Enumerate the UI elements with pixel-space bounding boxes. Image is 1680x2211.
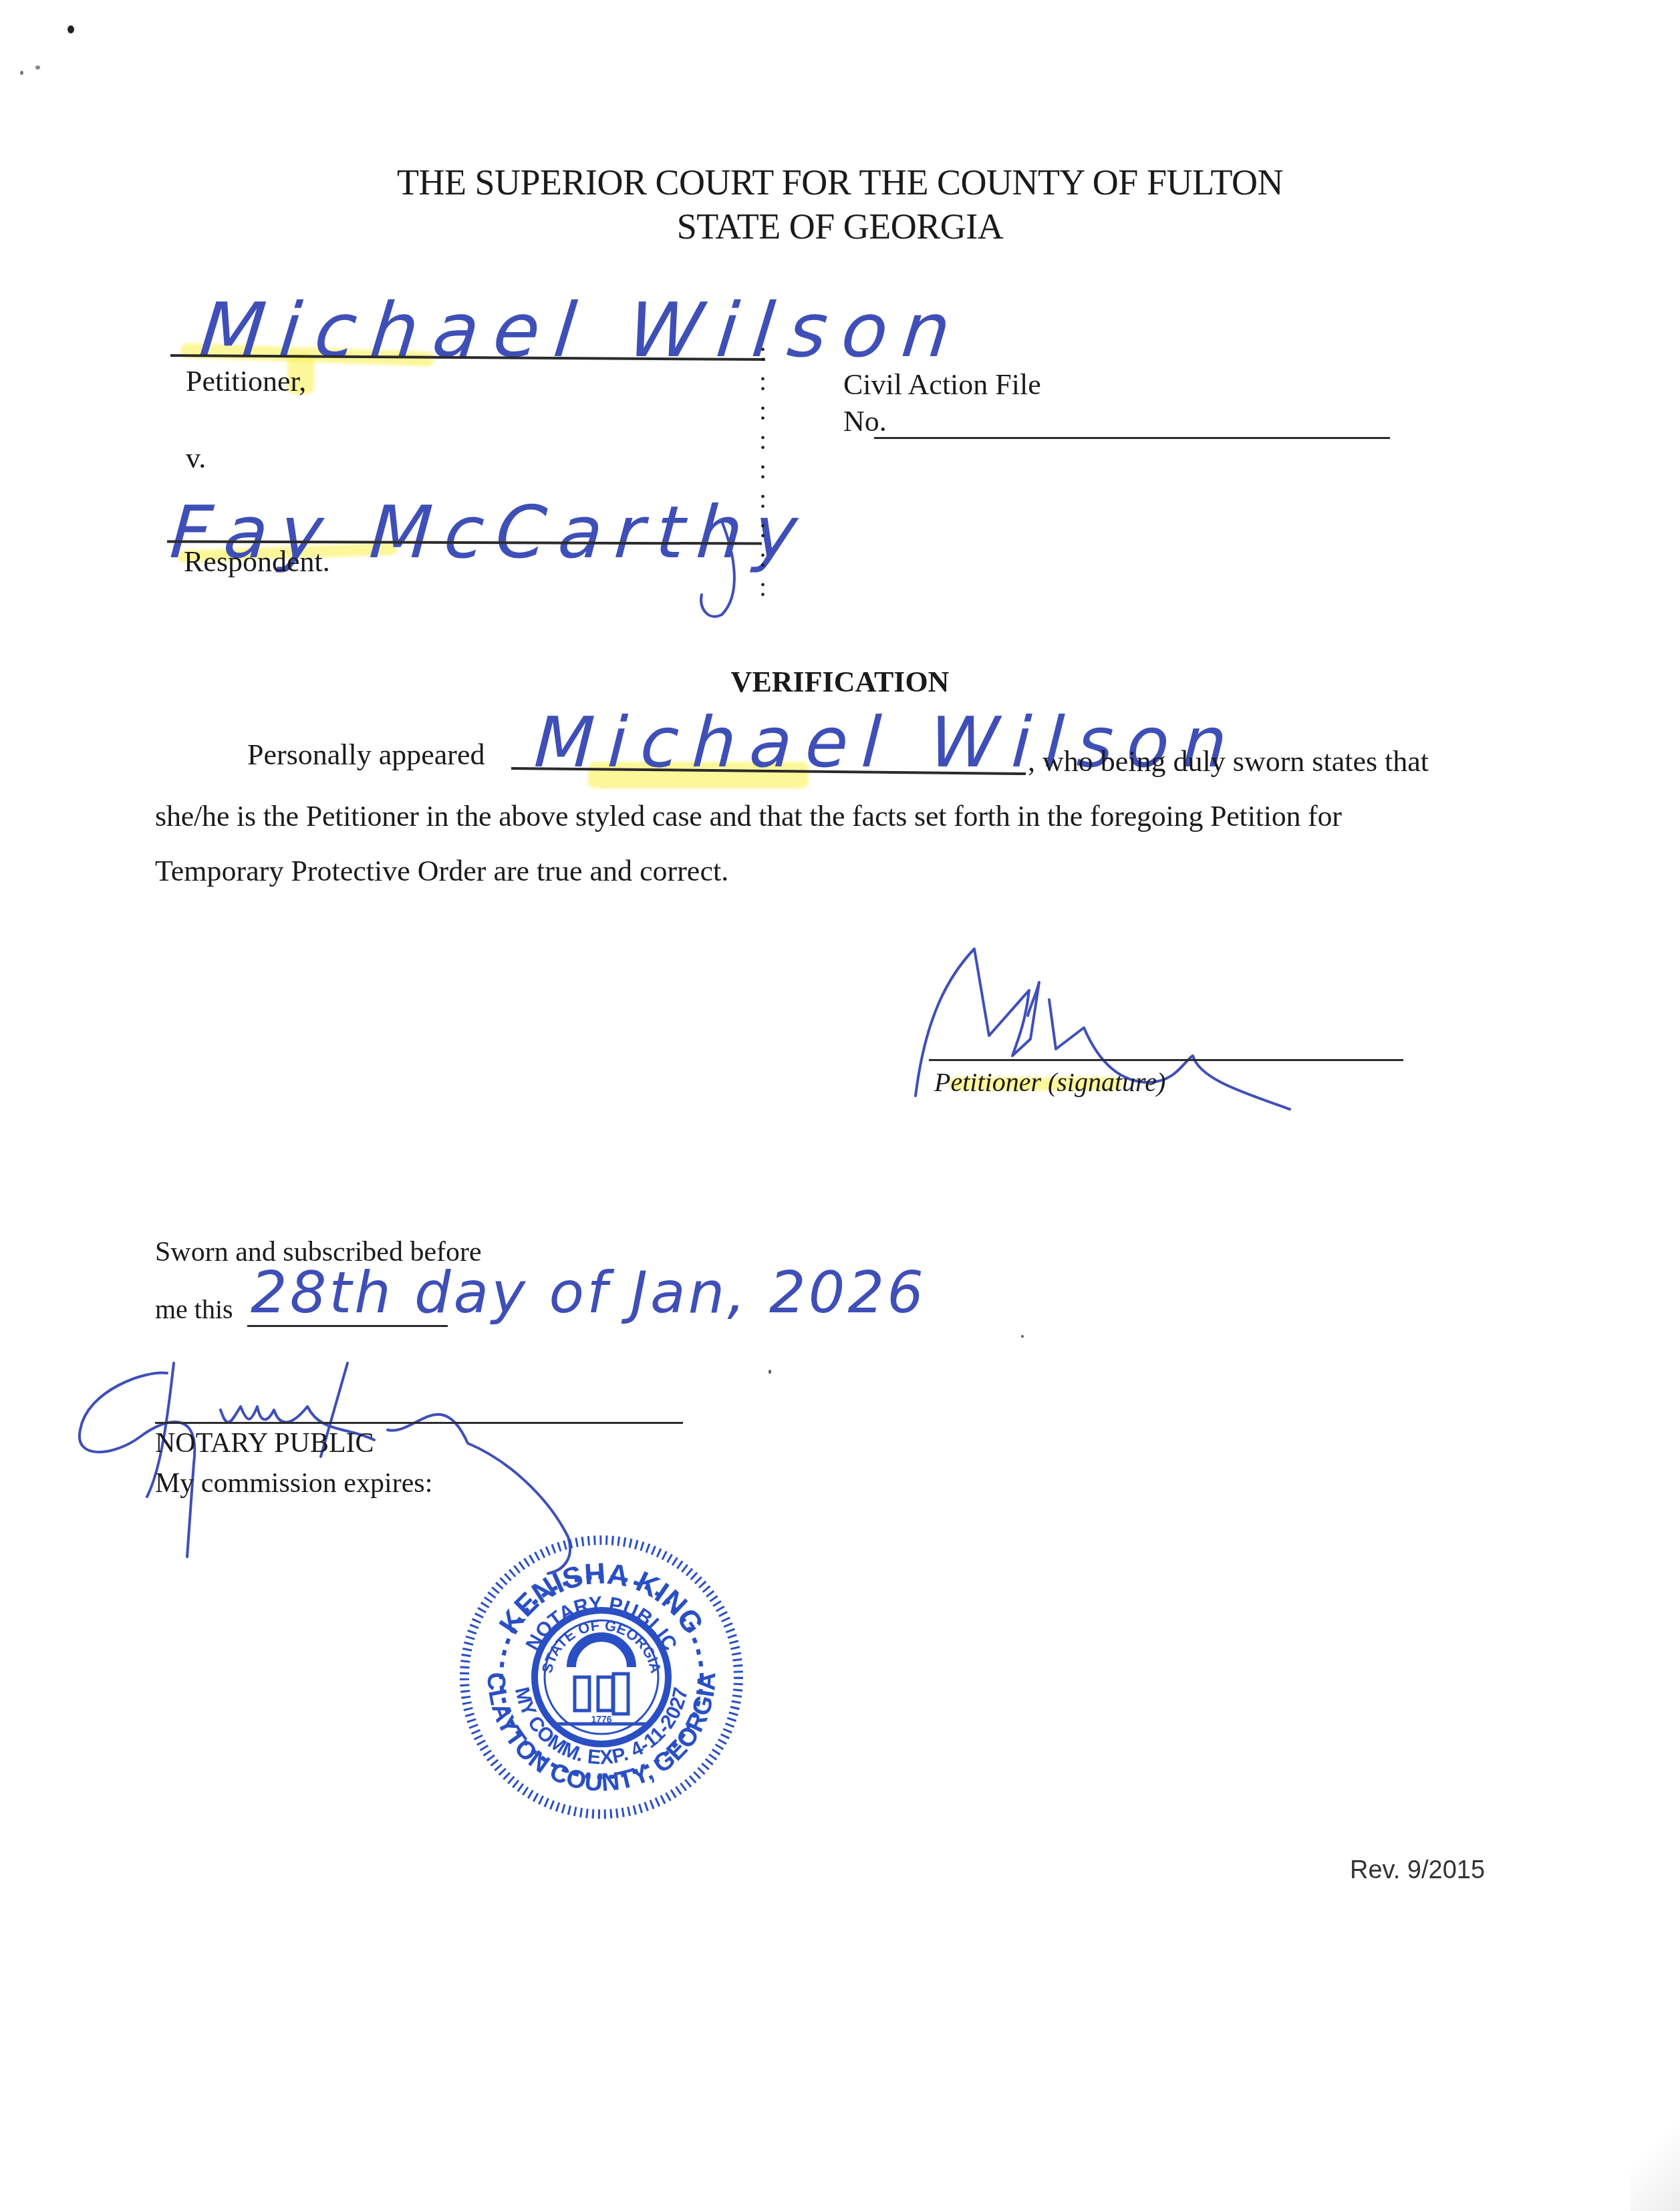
scan-speck (1021, 1335, 1024, 1338)
notary-date-handwritten: 28th day of Jan, 2026 (251, 1260, 926, 1326)
revision-label: Rev. 9/2015 (1350, 1856, 1485, 1885)
scan-speck (768, 1370, 771, 1374)
verification-line3: Temporary Protective Order are true and … (155, 843, 728, 899)
versus-label: v. (186, 441, 206, 475)
caption-colon-divider: ::::::::: (759, 337, 766, 602)
civil-action-label: Civil Action File (843, 367, 1041, 402)
file-number-line (874, 437, 1390, 439)
notary-seal: KENISHA KING NOTARY PUBLIC STATE OF GEOR… (441, 1523, 762, 1831)
verification-line2: she/he is the Petitioner in the above st… (155, 788, 1525, 845)
verification-after-name: , who being duly sworn states that (1028, 734, 1509, 790)
file-number-field[interactable] (875, 404, 1390, 438)
court-header: THE SUPERIOR COURT FOR THE COUNTY OF FUL… (0, 160, 1680, 249)
verification-lead: Personally appeared (247, 727, 485, 783)
svg-text:1776: 1776 (591, 1714, 611, 1725)
court-header-line2: STATE OF GEORGIA (0, 204, 1680, 249)
verification-title: VERIFICATION (0, 665, 1680, 699)
scan-speck (20, 71, 23, 75)
petitioner-name-handwritten: Michael Wilson (196, 287, 969, 374)
court-header-line1: THE SUPERIOR COURT FOR THE COUNTY OF FUL… (0, 160, 1680, 204)
petitioner-signature-line (929, 1059, 1403, 1061)
me-this-label: me this (155, 1290, 233, 1330)
scan-corner-shadow (1631, 2105, 1680, 2211)
scan-speck (35, 65, 40, 69)
commission-expires-label: My commission expires: (155, 1463, 432, 1503)
petitioner-signature-label: Petitioner (signature) (934, 1066, 1165, 1098)
scan-speck (67, 25, 74, 33)
respondent-label: Respondent. (184, 545, 330, 579)
notary-public-label: NOTARY PUBLIC (155, 1423, 374, 1463)
petitioner-label: Petitioner, (186, 364, 306, 398)
